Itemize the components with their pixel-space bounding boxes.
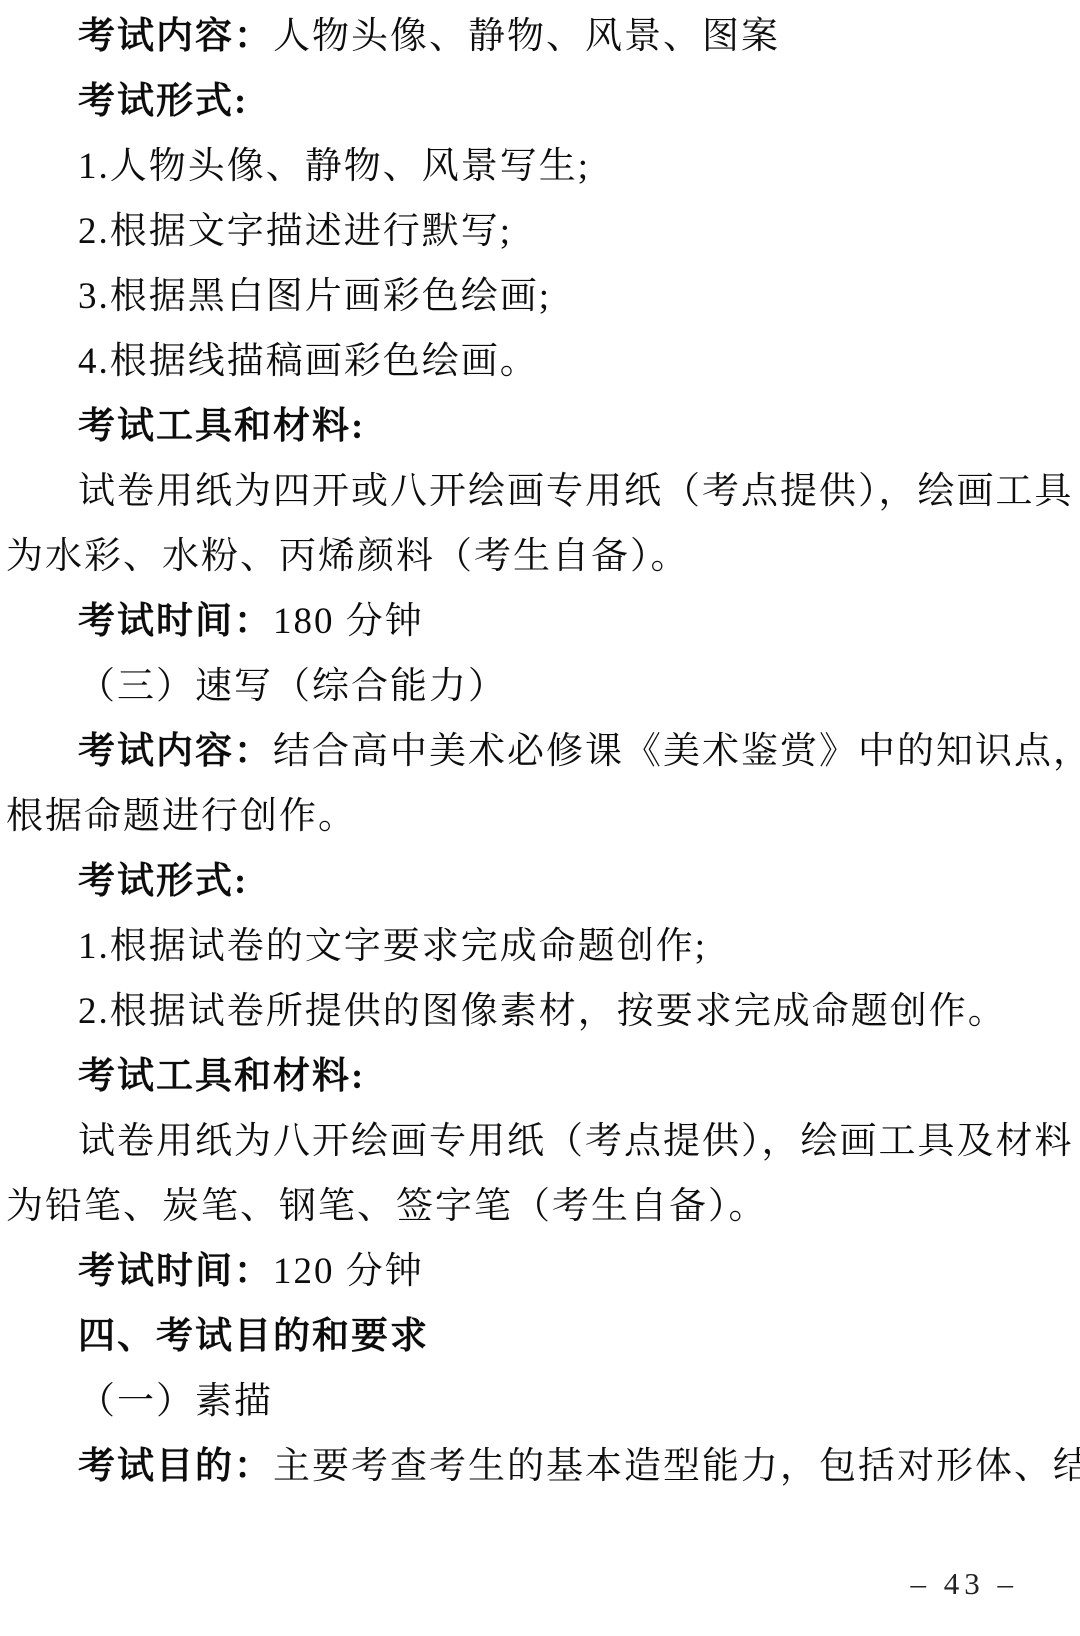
- section-three-heading: （三）速写（综合能力）: [6, 654, 1014, 719]
- exam-format-label: 考试形式:: [78, 81, 248, 122]
- exam-tools-label: 考试工具和材料:: [78, 406, 365, 447]
- exam-purpose-line: 考试目的：主要考查考生的基本造型能力，包括对形体、结: [6, 1434, 1014, 1499]
- section-four-heading: 四、考试目的和要求: [6, 1304, 1014, 1369]
- tools-paragraph-line-2: 为水彩、水粉、丙烯颜料（考生自备）。: [6, 524, 1014, 589]
- document-body: 考试内容：人物头像、静物、风景、图案 考试形式: 1.人物头像、静物、风景写生;…: [0, 4, 1080, 1499]
- exam-tools-heading: 考试工具和材料:: [6, 394, 1014, 459]
- exam-format-heading-2: 考试形式:: [6, 849, 1014, 914]
- document-page: 考试内容：人物头像、静物、风景、图案 考试形式: 1.人物头像、静物、风景写生;…: [0, 0, 1080, 1636]
- format-item-3: 3.根据黑白图片画彩色绘画;: [6, 264, 1014, 329]
- format-item-4: 4.根据线描稿画彩色绘画。: [6, 329, 1014, 394]
- section-four-label: 四、考试目的和要求: [78, 1316, 429, 1357]
- format2-item-2: 2.根据试卷所提供的图像素材，按要求完成命题创作。: [6, 979, 1014, 1044]
- exam-format-heading: 考试形式:: [6, 69, 1014, 134]
- format-item-2: 2.根据文字描述进行默写;: [6, 199, 1014, 264]
- exam-purpose-label: 考试目的：: [78, 1446, 273, 1487]
- subsection-one-heading: （一）素描: [6, 1369, 1014, 1434]
- exam-tools-label-2: 考试工具和材料:: [78, 1056, 365, 1097]
- exam-time-label: 考试时间：: [78, 601, 273, 642]
- page-number: – 43 –: [911, 1566, 1019, 1602]
- exam-tools-heading-2: 考试工具和材料:: [6, 1044, 1014, 1109]
- exam-time-value: 180 分钟: [273, 601, 424, 642]
- tools-paragraph-line-1: 试卷用纸为四开或八开绘画专用纸（考点提供），绘画工具: [6, 459, 1014, 524]
- exam-content-label: 考试内容：: [78, 16, 273, 57]
- exam-content-line-quicksketch: 考试内容：结合高中美术必修课《美术鉴赏》中的知识点，: [6, 719, 1014, 784]
- exam-time-line-180: 考试时间：180 分钟: [6, 589, 1014, 654]
- exam-content-continuation: 根据命题进行创作。: [6, 784, 1014, 849]
- exam-time-label-2: 考试时间：: [78, 1251, 273, 1292]
- exam-time-value-2: 120 分钟: [273, 1251, 424, 1292]
- tools2-paragraph-line-1: 试卷用纸为八开绘画专用纸（考点提供），绘画工具及材料: [6, 1109, 1014, 1174]
- exam-content-label-2: 考试内容：: [78, 731, 273, 772]
- tools2-paragraph-line-2: 为铅笔、炭笔、钢笔、签字笔（考生自备）。: [6, 1174, 1014, 1239]
- exam-content-line-sketch-color: 考试内容：人物头像、静物、风景、图案: [6, 4, 1014, 69]
- exam-time-line-120: 考试时间：120 分钟: [6, 1239, 1014, 1304]
- exam-format-label-2: 考试形式:: [78, 861, 248, 902]
- format-item-1: 1.人物头像、静物、风景写生;: [6, 134, 1014, 199]
- exam-content-text: 人物头像、静物、风景、图案: [273, 16, 780, 57]
- format2-item-1: 1.根据试卷的文字要求完成命题创作;: [6, 914, 1014, 979]
